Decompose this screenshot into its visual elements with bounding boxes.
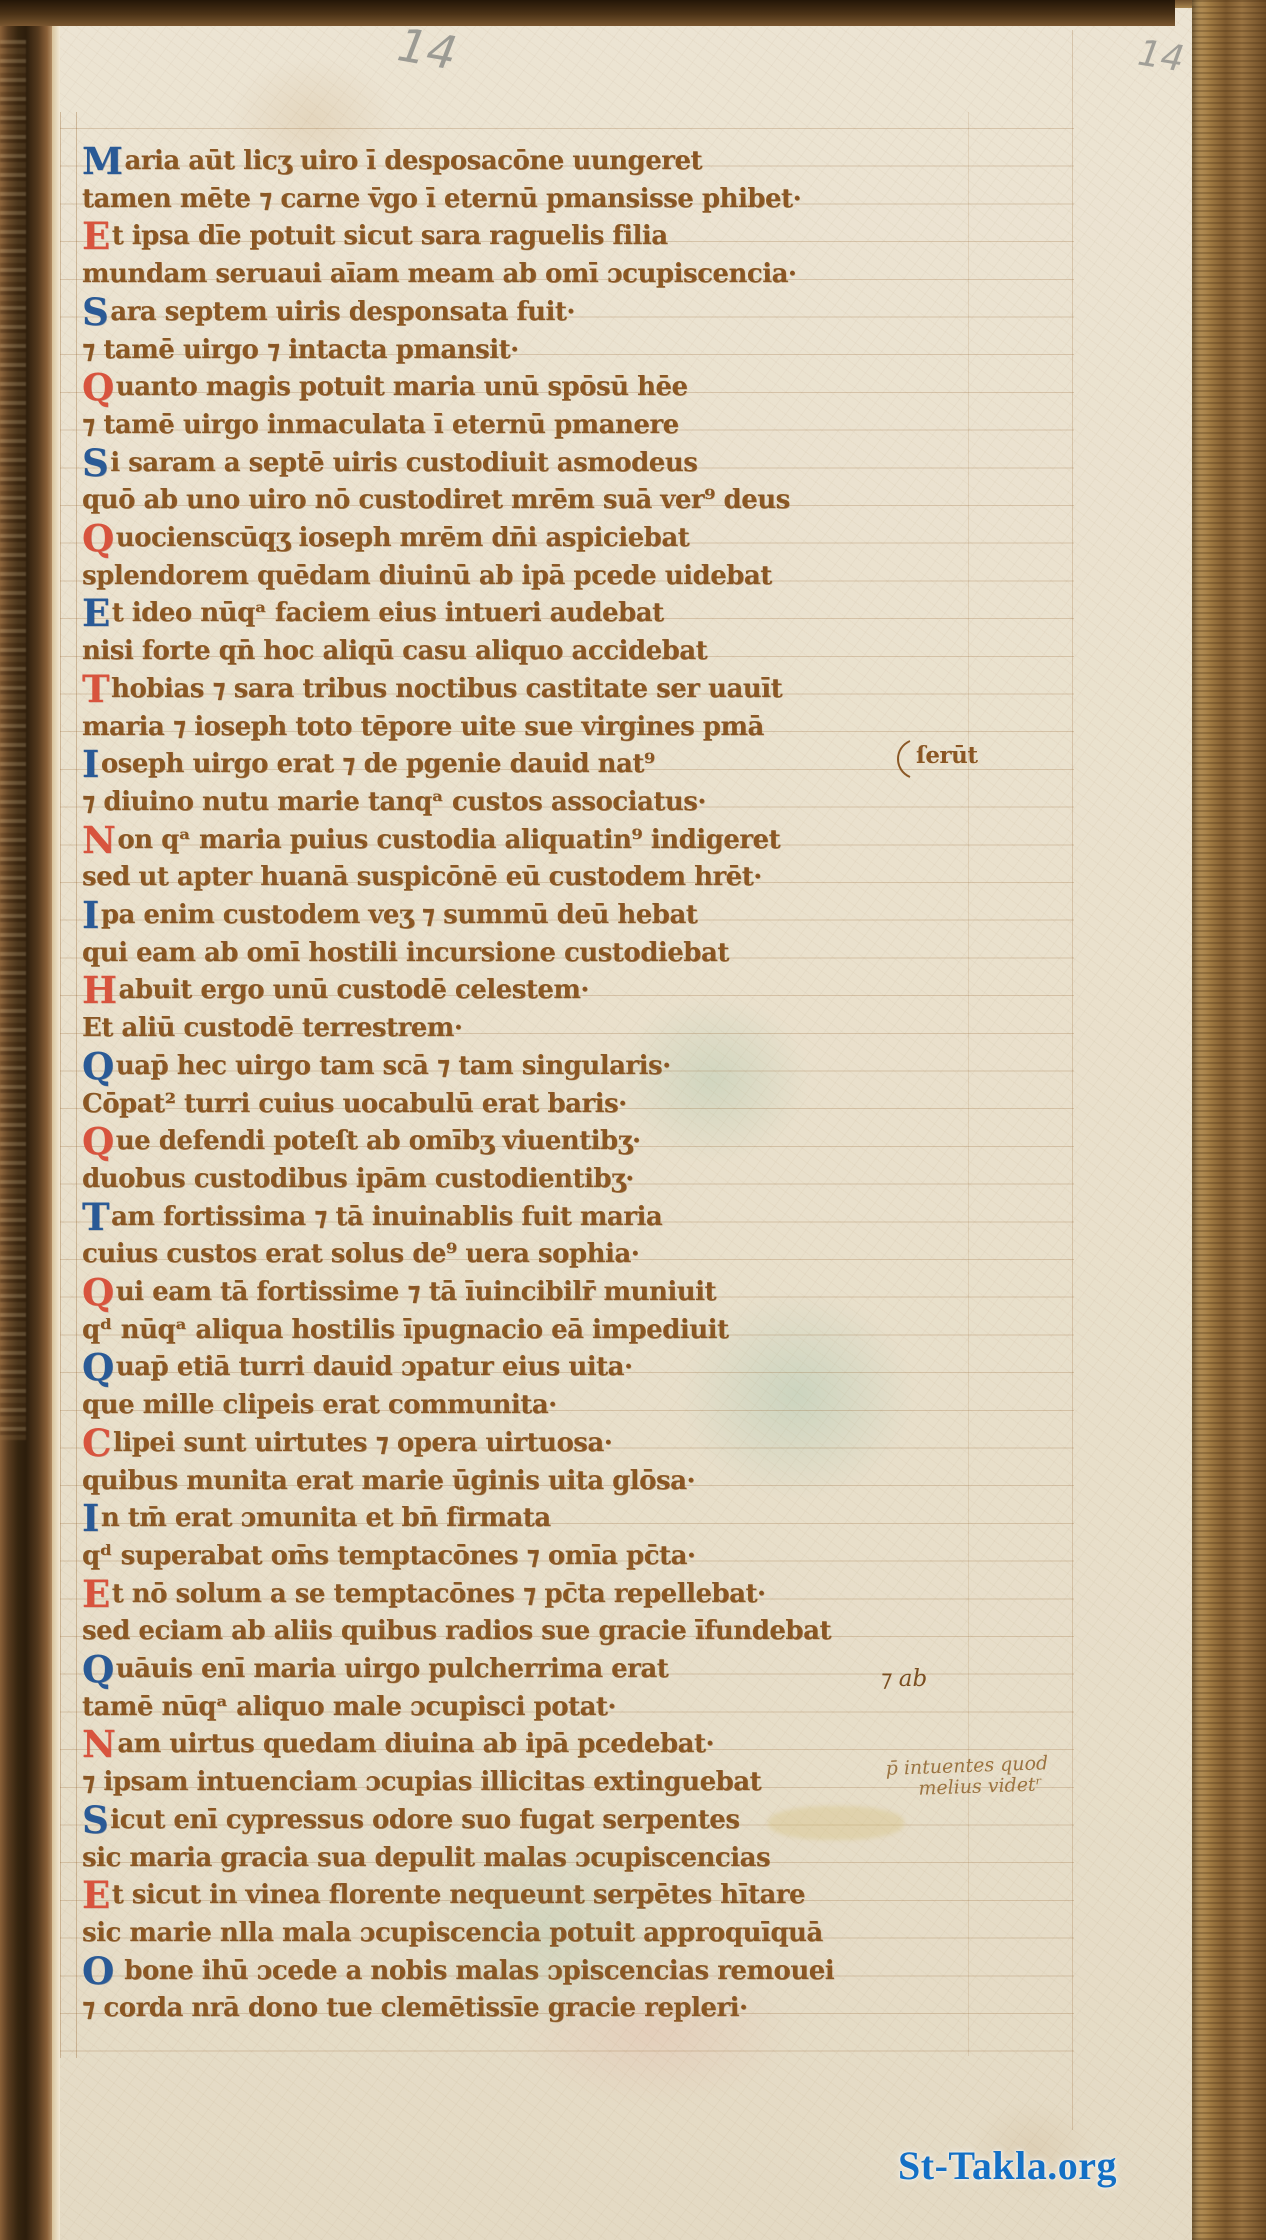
line-text: tamē nūqᵃ aliquo male ɔcupisci potat· <box>82 1692 616 1722</box>
illuminated-initial: Q <box>82 1647 114 1691</box>
line-text: sed eciam ab aliis quibus radios sue gra… <box>82 1616 831 1646</box>
line-text: t nō solum a se temptacōnes ⁊ pc̄ta repe… <box>112 1579 766 1609</box>
manuscript-text-line: splendorem quēdam diuinū ab ipā pcede ui… <box>82 561 772 591</box>
book-gutter <box>0 0 54 2240</box>
line-text: nisi forte qn̄ hoc aliqū casu aliquo acc… <box>82 636 707 666</box>
illuminated-initial: E <box>82 1572 110 1616</box>
line-text: t ideo nūqᵃ faciem eius intueri audebat <box>112 598 664 628</box>
line-text: maria ⁊ ioseph toto tēpore uite sue virg… <box>82 712 764 742</box>
line-text: ⁊ diuino nutu marie tanqᵃ custos associa… <box>82 787 706 817</box>
illuminated-initial: N <box>82 818 115 862</box>
line-text: sic marie nlla mala ɔcupiscencia potuit … <box>82 1918 823 1948</box>
manuscript-page-photo: 14 14 Maria aūt licʒ uiro ī desposacōne … <box>0 0 1266 2240</box>
manuscript-text-line: nisi forte qn̄ hoc aliqū casu aliquo acc… <box>82 636 707 666</box>
illuminated-initial: Q <box>82 1345 114 1389</box>
illuminated-initial: I <box>82 893 99 937</box>
pencil-page-number-corner: 14 <box>1135 33 1187 81</box>
line-text: ue defendi poteſt ab omībʒ viuentibʒ· <box>116 1126 641 1156</box>
page-edge-highlight <box>52 0 60 2240</box>
ruling-vertical-right <box>1072 30 1073 2130</box>
facing-page-text-edge <box>0 40 26 1440</box>
line-text: ⁊ ipsam intuenciam ɔcupias illicitas ext… <box>82 1767 761 1797</box>
line-text: am uirtus quedam diuina ab ipā pcedebat· <box>117 1729 714 1759</box>
manuscript-text-line: Tam fortissima ⁊ tā inuinablis fuit mari… <box>82 1202 662 1232</box>
illuminated-initial: I <box>82 1496 99 1540</box>
manuscript-text-line: qᵈ nūqᵃ aliqua hostilis īpugnacio eā imp… <box>82 1315 729 1345</box>
illuminated-initial: S <box>82 290 108 334</box>
illuminated-initial: H <box>82 968 116 1012</box>
illuminated-initial: Q <box>82 516 114 560</box>
line-text: qui eam ab omī hostili incursione custod… <box>82 938 729 968</box>
line-text: n tm̄ erat ɔmunita et bn̄ firmata <box>101 1503 551 1533</box>
manuscript-text-line: ⁊ diuino nutu marie tanqᵃ custos associa… <box>82 787 706 817</box>
illuminated-initial: I <box>82 742 99 786</box>
pencil-page-number-center: 14 <box>394 17 461 80</box>
ruling-vertical-left-outer <box>60 112 61 2058</box>
line-text: ⁊ tamē uirgo ⁊ intacta pmansit· <box>82 335 519 365</box>
manuscript-text-line: Et ideo nūqᵃ faciem eius intueri audebat <box>82 598 664 628</box>
manuscript-text-line: Et ipsa dīe potuit sicut sara raguelis f… <box>82 221 668 251</box>
manuscript-text-line: ⁊ tamē uirgo inmaculata ī eternū pmanere <box>82 410 679 440</box>
manuscript-text-line: mundam seruaui aīam meam ab omī ɔcupisce… <box>82 259 796 289</box>
manuscript-text-line: Si saram a septē uiris custodiuit asmode… <box>82 448 697 478</box>
line-text: uāuis enī maria uirgo pulcherrima erat <box>116 1654 669 1684</box>
line-text: que mille clipeis erat communita· <box>82 1390 557 1420</box>
fore-edge <box>1192 0 1266 2240</box>
illuminated-initial: T <box>82 667 109 711</box>
manuscript-text-line: Habuit ergo unū custodē celestem· <box>82 975 589 1005</box>
manuscript-text-line: Thobias ⁊ sara tribus noctibus castitate… <box>82 674 782 704</box>
manuscript-text-line: tamen mēte ⁊ carne v̄go ī eternū pmansis… <box>82 184 801 214</box>
line-text: bone ihū ɔcede a nobis malas ɔpiscencias… <box>116 1956 834 1986</box>
illuminated-initial: S <box>82 441 108 485</box>
manuscript-text-line: Qui eam tā fortissime ⁊ tā īuincibilr̄ m… <box>82 1277 716 1307</box>
illuminated-initial: E <box>82 214 110 258</box>
line-text: uanto magis potuit maria unū spōsū hēe <box>116 372 688 402</box>
manuscript-text-line: Sara septem uiris desponsata fuit· <box>82 297 575 327</box>
line-text: quibus munita erat marie ūginis uita glō… <box>82 1466 695 1496</box>
manuscript-text-line: tamē nūqᵃ aliquo male ɔcupisci potat· <box>82 1692 616 1722</box>
top-binding-edge <box>0 0 1175 26</box>
line-text: sic maria gracia sua depulit malas ɔcupi… <box>82 1843 770 1873</box>
manuscript-text-line: O bone ihū ɔcede a nobis malas ɔpiscenci… <box>82 1956 834 1986</box>
illuminated-initial: S <box>82 1798 108 1842</box>
manuscript-text-line: cuius custos erat solus de⁹ uera sophia· <box>82 1239 639 1269</box>
manuscript-text-line: que mille clipeis erat communita· <box>82 1390 557 1420</box>
line-text: Cōpat² turri cuius uocabulū erat baris· <box>82 1089 627 1119</box>
manuscript-text-line: Quap̄ etiā turri dauid ɔpatur eius uita· <box>82 1352 633 1382</box>
illuminated-initial: M <box>82 139 122 183</box>
line-text: quō ab uno uiro nō custodiret mrēm suā v… <box>82 485 790 515</box>
manuscript-text-line: Sicut enī cypressus odore suo fugat serp… <box>82 1805 739 1835</box>
manuscript-text-line: Ioseph uirgo erat ⁊ de pgenie dauid nat⁹ <box>82 749 655 779</box>
line-text: am fortissima ⁊ tā inuinablis fuit maria <box>111 1202 662 1232</box>
manuscript-text-line: Et aliū custodē terrestrem· <box>82 1013 462 1043</box>
manuscript-text-line: Nam uirtus quedam diuina ab ipā pcedebat… <box>82 1729 714 1759</box>
manuscript-text-line: qui eam ab omī hostili incursione custod… <box>82 938 729 968</box>
illuminated-initial: C <box>82 1421 111 1465</box>
manuscript-text-line: Et nō solum a se temptacōnes ⁊ pc̄ta rep… <box>82 1579 766 1609</box>
manuscript-text-line: duobus custodibus ipām custodientibʒ· <box>82 1164 634 1194</box>
illuminated-initial: Q <box>82 1044 114 1088</box>
line-text: on qᵃ maria puius custodia aliquatin⁹ in… <box>117 825 780 855</box>
manuscript-text-line: qᵈ superabat om̄s temptacōnes ⁊ omīa pc̄… <box>82 1541 695 1571</box>
manuscript-text-line: Ipa enim custodem veʒ ⁊ summū deū hebat <box>82 900 697 930</box>
line-text: ara septem uiris desponsata fuit· <box>110 297 575 327</box>
manuscript-text-line: Quanto magis potuit maria unū spōsū hēe <box>82 372 688 402</box>
illuminated-initial: Q <box>82 1270 114 1314</box>
manuscript-text-line: sed ut apter huanā suspicōnē eū custodem… <box>82 862 762 892</box>
manuscript-text-line: quibus munita erat marie ūginis uita glō… <box>82 1466 695 1496</box>
manuscript-text-line: Clipei sunt uirtutes ⁊ opera uirtuosa· <box>82 1428 612 1458</box>
manuscript-text-line: Que defendi poteſt ab omībʒ viuentibʒ· <box>82 1126 641 1156</box>
manuscript-text-line: sic marie nlla mala ɔcupiscencia potuit … <box>82 1918 823 1948</box>
line-text: duobus custodibus ipām custodientibʒ· <box>82 1164 634 1194</box>
line-text: uap̄ etiā turri dauid ɔpatur eius uita· <box>116 1352 633 1382</box>
illuminated-initial: E <box>82 591 110 635</box>
margin-note-cursive: p̄ intuentes quod melius videtʳ <box>885 1753 1049 1801</box>
line-text: qᵈ nūqᵃ aliqua hostilis īpugnacio eā imp… <box>82 1315 729 1345</box>
manuscript-text-line: sed eciam ab aliis quibus radios sue gra… <box>82 1616 831 1646</box>
line-text: t sicut in vinea florente nequeunt serpē… <box>112 1880 805 1910</box>
line-text: abuit ergo unū custodē celestem· <box>118 975 588 1005</box>
ruling-vertical-left-inner <box>76 112 77 2058</box>
manuscript-text-line: Quap̄ hec uirgo tam scā ⁊ tam singularis… <box>82 1051 671 1081</box>
manuscript-text-line: Et sicut in vinea florente nequeunt serp… <box>82 1880 805 1910</box>
manuscript-text-line: Cōpat² turri cuius uocabulū erat baris· <box>82 1089 627 1119</box>
illuminated-initial: O <box>82 1949 114 1993</box>
line-text: ui eam tā fortissime ⁊ tā īuincibilr̄ mu… <box>116 1277 716 1307</box>
manuscript-text-line: sic maria gracia sua depulit malas ɔcupi… <box>82 1843 770 1873</box>
line-text: uap̄ hec uirgo tam scā ⁊ tam singularis· <box>116 1051 671 1081</box>
margin-note-et-ab: ⁊ ab <box>880 1666 927 1692</box>
illuminated-initial: E <box>82 1873 110 1917</box>
line-text: pa enim custodem veʒ ⁊ summū deū hebat <box>101 900 698 930</box>
line-text: qᵈ superabat om̄s temptacōnes ⁊ omīa pc̄… <box>82 1541 695 1571</box>
manuscript-text-line: ⁊ corda nrā dono tue clemētissīe gracie … <box>82 1993 748 2023</box>
manuscript-text-line: Non qᵃ maria puius custodia aliquatin⁹ i… <box>82 825 780 855</box>
line-text: Et aliū custodē terrestrem· <box>82 1013 462 1043</box>
erased-word-stain <box>768 1806 904 1840</box>
manuscript-text-line: Quocienscūqʒ ioseph mrēm dn̄i aspiciebat <box>82 523 689 553</box>
illuminated-initial: Q <box>82 365 114 409</box>
catchword-bracket-icon <box>888 738 914 780</box>
manuscript-text-line: maria ⁊ ioseph toto tēpore uite sue virg… <box>82 712 764 742</box>
line-text: lipei sunt uirtutes ⁊ opera uirtuosa· <box>113 1428 612 1458</box>
line-text: ⁊ corda nrā dono tue clemētissīe gracie … <box>82 1993 748 2023</box>
manuscript-text-line: Maria aūt licʒ uiro ī desposacōne uunger… <box>82 146 702 176</box>
line-text: ⁊ tamē uirgo inmaculata ī eternū pmanere <box>82 410 679 440</box>
line-text: cuius custos erat solus de⁹ uera sophia· <box>82 1239 639 1269</box>
line-text: uocienscūqʒ ioseph mrēm dn̄i aspiciebat <box>116 523 689 553</box>
catchword: ſerūt <box>916 742 978 769</box>
manuscript-text-line: quō ab uno uiro nō custodiret mrēm suā v… <box>82 485 790 515</box>
illuminated-initial: T <box>82 1195 109 1239</box>
illuminated-initial: Q <box>82 1119 114 1163</box>
line-text: mundam seruaui aīam meam ab omī ɔcupisce… <box>82 259 796 289</box>
manuscript-text-line: ⁊ ipsam intuenciam ɔcupias illicitas ext… <box>82 1767 761 1797</box>
line-text: i saram a septē uiris custodiuit asmodeu… <box>110 448 697 478</box>
line-text: tamen mēte ⁊ carne v̄go ī eternū pmansis… <box>82 184 801 214</box>
manuscript-text-line: In tm̄ erat ɔmunita et bn̄ firmata <box>82 1503 551 1533</box>
line-text: hobias ⁊ sara tribus noctibus castitate … <box>111 674 782 704</box>
manuscript-text-line: ⁊ tamē uirgo ⁊ intacta pmansit· <box>82 335 519 365</box>
line-text: oseph uirgo erat ⁊ de pgenie dauid nat⁹ <box>101 749 655 779</box>
line-text: aria aūt licʒ uiro ī desposacōne uungere… <box>124 146 702 176</box>
line-text: t ipsa dīe potuit sicut sara raguelis fi… <box>112 221 668 251</box>
watermark: St-Takla.org <box>898 2142 1117 2189</box>
line-text: icut enī cypressus odore suo fugat serpe… <box>110 1805 739 1835</box>
line-text: sed ut apter huanā suspicōnē eū custodem… <box>82 862 762 892</box>
line-text: splendorem quēdam diuinū ab ipā pcede ui… <box>82 561 772 591</box>
manuscript-text-line: Quāuis enī maria uirgo pulcherrima erat <box>82 1654 668 1684</box>
illuminated-initial: N <box>82 1722 115 1766</box>
